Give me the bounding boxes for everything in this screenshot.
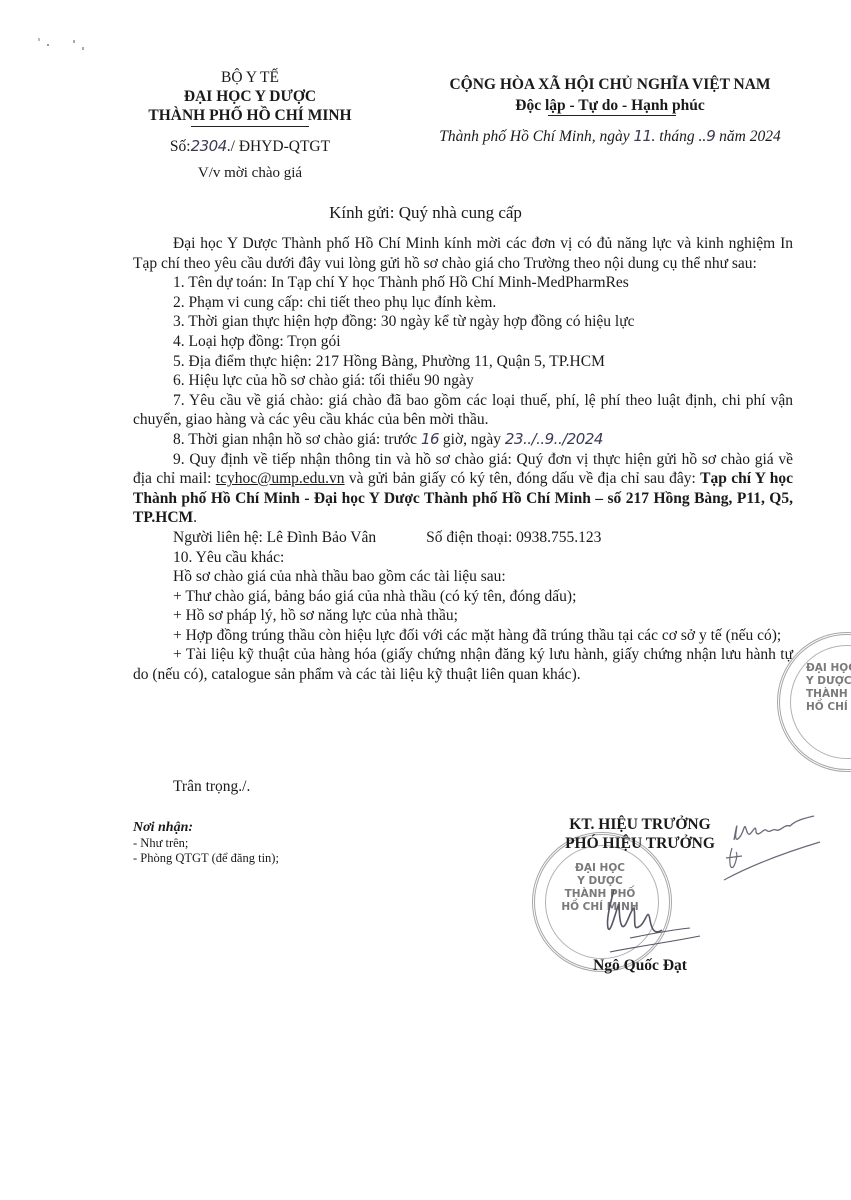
signature-title-2: PHÓ HIỆU TRƯỞNG — [540, 834, 740, 853]
closing: Trân trọng./. — [173, 778, 250, 796]
document-number: Số:2304./ ĐHYD-QTGT — [130, 137, 370, 156]
national-header: CỘNG HÒA XÃ HỘI CHỦ NGHĨA VIỆT NAM Độc l… — [425, 74, 795, 116]
scan-speck — [38, 38, 40, 41]
contact-line: Người liên hệ: Lê Đình Bảo VânSố điện th… — [133, 528, 793, 548]
deadline-date-handwritten: 23../..9../2024 — [505, 430, 603, 448]
required-doc-3: + Hợp đồng trúng thầu còn hiệu lực đối v… — [133, 626, 793, 646]
ministry-name: BỘ Y TẾ — [130, 68, 370, 87]
item-9: 9. Quy định về tiếp nhận thông tin và hồ… — [133, 450, 793, 528]
date-month-handwritten: 9 — [706, 127, 715, 145]
intro-paragraph: Đại học Y Dược Thành phố Hồ Chí Minh kín… — [133, 234, 793, 273]
item-4: 4. Loại hợp đồng: Trọn gói — [133, 332, 793, 352]
item-10-intro: Hồ sơ chào giá của nhà thầu bao gồm các … — [133, 567, 793, 587]
item-10-title: 10. Yêu cầu khác: — [133, 548, 793, 568]
required-doc-2: + Hồ sơ pháp lý, hồ sơ năng lực của nhà … — [133, 606, 793, 626]
country-name: CỘNG HÒA XÃ HỘI CHỦ NGHĨA VIỆT NAM — [425, 74, 795, 95]
signature-title-1: KT. HIỆU TRƯỞNG — [540, 815, 740, 834]
main-signature-icon — [590, 870, 710, 960]
letter-body: Đại học Y Dược Thành phố Hồ Chí Minh kín… — [133, 234, 793, 685]
required-doc-1: + Thư chào giá, bảng báo giá của nhà thầ… — [133, 587, 793, 607]
scan-speck — [82, 47, 84, 50]
signer-name: Ngô Quốc Đạt — [560, 957, 720, 975]
issuer-block: BỘ Y TẾ ĐẠI HỌC Y DƯỢC THÀNH PHỐ HỒ CHÍ … — [130, 68, 370, 130]
date-day-handwritten: 11 — [633, 127, 651, 145]
university-name-line2: THÀNH PHỐ HỒ CHÍ MINH — [130, 106, 370, 125]
email-link[interactable]: tcyhoc@ump.edu.vn — [216, 470, 345, 487]
seal-text: ĐẠI HỌC Y DƯỢC THÀNH PHỐ HỒ CHÍ MINH — [800, 662, 851, 714]
item-1: 1. Tên dự toán: In Tạp chí Y học Thành p… — [133, 273, 793, 293]
item-2: 2. Phạm vi cung cấp: chi tiết theo phụ l… — [133, 293, 793, 313]
deadline-hour-handwritten: 16 — [421, 430, 439, 448]
national-motto: Độc lập - Tự do - Hạnh phúc — [425, 95, 795, 116]
scan-speck — [47, 44, 49, 46]
recipients-block: Nơi nhận: - Như trên; - Phòng QTGT (để đ… — [133, 820, 279, 867]
required-doc-4: + Tài liệu kỹ thuật của hàng hóa (giấy c… — [133, 645, 793, 684]
header-rule — [191, 126, 309, 127]
document-subject: V/v mời chào giá — [130, 165, 370, 182]
item-7: 7. Yêu cầu về giá chào: giá chào đã bao … — [133, 391, 793, 430]
item-3: 3. Thời gian thực hiện hợp đồng: 30 ngày… — [133, 312, 793, 332]
scan-speck — [73, 40, 75, 43]
motto-underline — [548, 115, 676, 116]
university-name-line1: ĐẠI HỌC Y DƯỢC — [130, 87, 370, 106]
recipient-item: - Phòng QTGT (để đăng tin); — [133, 851, 279, 867]
contact-person: Người liên hệ: Lê Đình Bảo Vân — [173, 529, 376, 546]
contact-phone: Số điện thoại: 0938.755.123 — [426, 529, 601, 546]
salutation: Kính gửi: Quý nhà cung cấp — [0, 203, 851, 223]
initial-signature-icon — [720, 810, 830, 890]
date-line: Thành phố Hồ Chí Minh, ngày 11. tháng ..… — [425, 127, 795, 146]
signature-block: KT. HIỆU TRƯỞNG PHÓ HIỆU TRƯỞNG — [540, 815, 740, 853]
item-5: 5. Địa điểm thực hiện: 217 Hồng Bàng, Ph… — [133, 352, 793, 372]
recipients-heading: Nơi nhận: — [133, 820, 279, 836]
item-8: 8. Thời gian nhận hồ sơ chào giá: trước … — [133, 430, 793, 450]
doc-number-handwritten: 2304 — [191, 137, 227, 155]
item-6: 6. Hiệu lực của hồ sơ chào giá: tối thiể… — [133, 371, 793, 391]
recipient-item: - Như trên; — [133, 836, 279, 852]
